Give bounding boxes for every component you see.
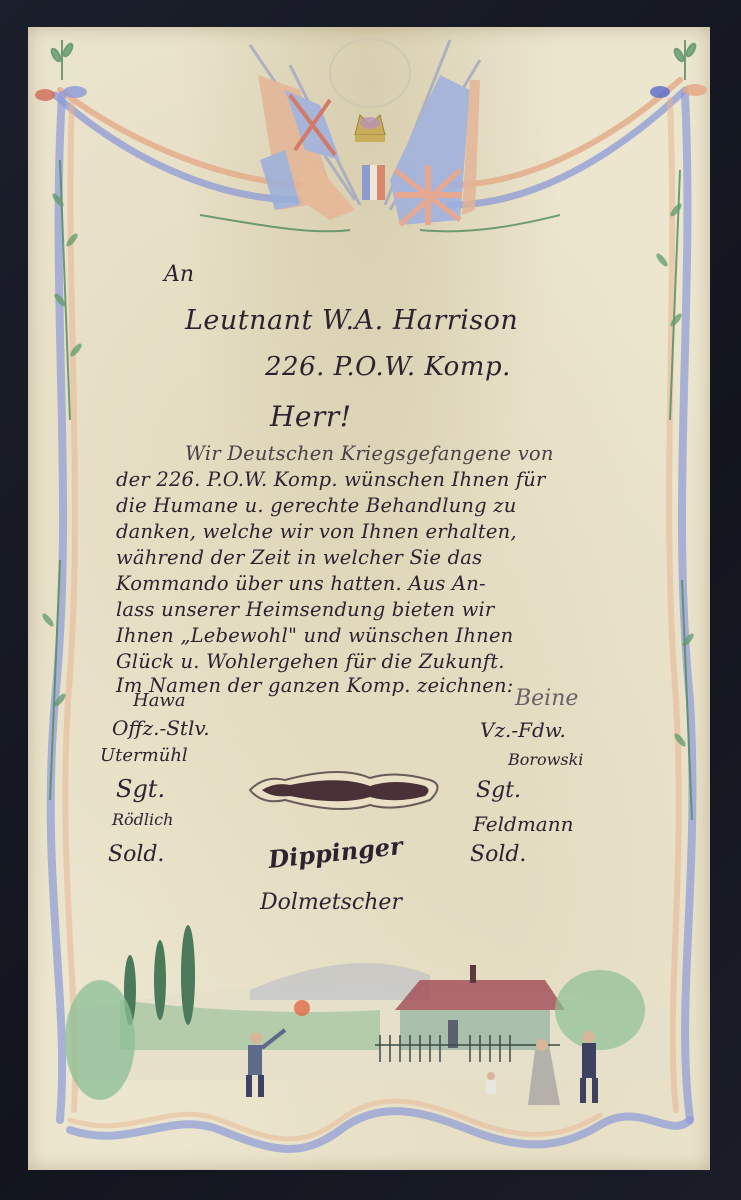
signature-rank: Offz.-Stlv.: [112, 716, 210, 740]
signature-name: Utermühl: [100, 745, 188, 766]
signature-rank: Sold.: [470, 842, 526, 867]
signature-rank: Sold.: [108, 842, 164, 867]
crown-icon: [355, 115, 385, 142]
signature-name: Feldmann: [473, 812, 573, 836]
recipient-unit: 226. P.O.W. Komp.: [265, 352, 511, 382]
ornamental-cartouche-icon: [250, 772, 438, 809]
body-line: danken, welche wir von Ihnen erhalten,: [116, 520, 517, 543]
salutation-to: An: [164, 262, 194, 287]
bow-icon: [35, 84, 707, 101]
coat-of-arms-icon: [330, 39, 410, 107]
signature-name: Hawa: [133, 690, 186, 711]
signature-rank: Sgt.: [116, 775, 165, 803]
signature-role: Dolmetscher: [260, 890, 402, 915]
body-line: Glück u. Wohlergehen für die Zukunft.: [116, 650, 505, 673]
greeting: Herr!: [270, 400, 352, 433]
signature-name: Borowski: [508, 750, 583, 769]
signature-name: Beine: [515, 686, 578, 711]
sunset-sun-icon: [294, 1000, 310, 1016]
body-line: die Humane u. gerechte Behandlung zu: [116, 494, 517, 517]
recipient-name: Leutnant W.A. Harrison: [185, 305, 518, 336]
signature-name: Rödlich: [112, 810, 173, 829]
body-line: während der Zeit in welcher Sie das: [116, 546, 482, 569]
body-line: Ihnen „Lebewohl" und wünschen Ihnen: [116, 624, 513, 647]
body-line: der 226. P.O.W. Komp. wünschen Ihnen für: [116, 468, 546, 491]
signature-rank: Sgt.: [476, 778, 521, 803]
body-line: Wir Deutschen Kriegsgefangene von: [185, 442, 554, 465]
signature-rank: Vz.-Fdw.: [480, 718, 566, 742]
body-line: lass unserer Heimsendung bieten wir: [116, 598, 494, 621]
landscape-scene-icon: [65, 925, 670, 1105]
body-line: Kommando über uns hatten. Aus An-: [116, 572, 486, 595]
